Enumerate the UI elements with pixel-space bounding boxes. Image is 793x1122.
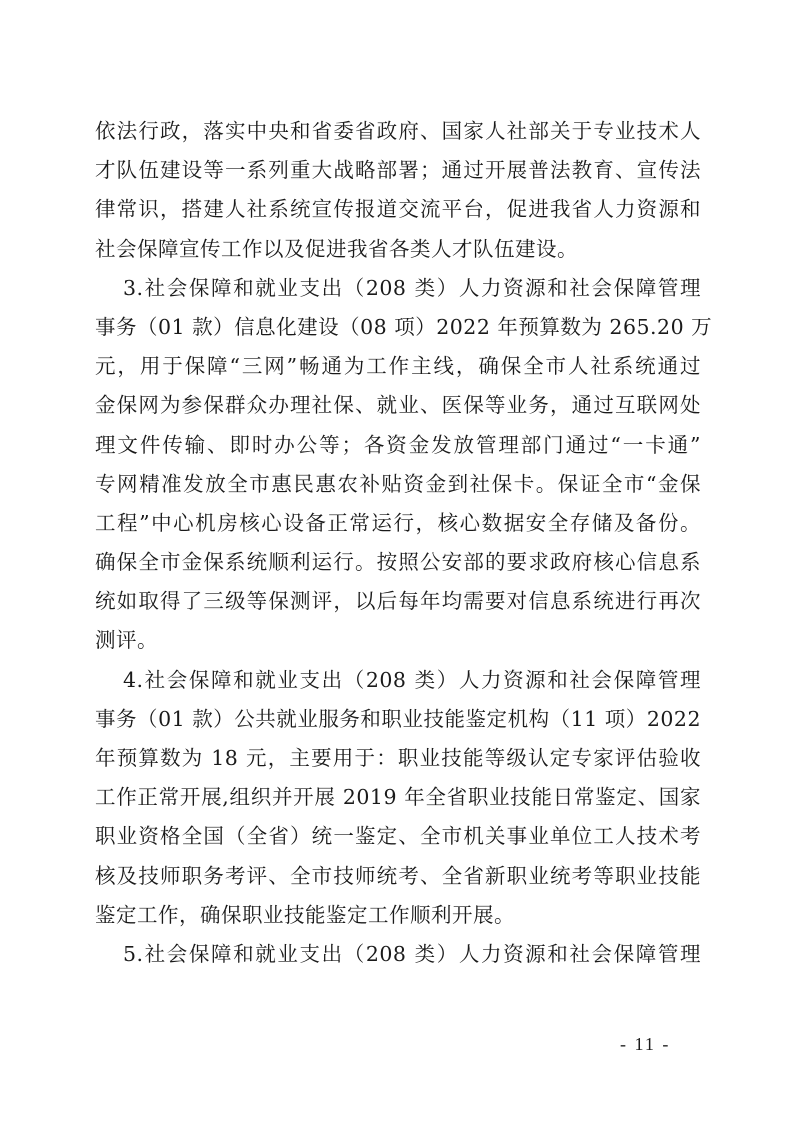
paragraph-item-4: 4.社会保障和就业支出（208 类）人力资源和社会保障管理 事务（01 款）公共… bbox=[95, 661, 701, 935]
text-line: 事务（01 款）公共就业服务和职业技能鉴定机构（11 项）2022 bbox=[95, 700, 701, 739]
text-line: 专网精准发放全市惠民惠农补贴资金到社保卡。保证全市“金保 bbox=[95, 465, 701, 504]
text-line: 工作正常开展,组织并开展 2019 年全省职业技能日常鉴定、国家 bbox=[95, 778, 701, 817]
text-line: 金保网为参保群众办理社保、就业、医保等业务，通过互联网处 bbox=[95, 386, 701, 425]
text-line: 社会保障宣传工作以及促进我省各类人才队伍建设。 bbox=[95, 230, 701, 269]
text-line: 3.社会保障和就业支出（208 类）人力资源和社会保障管理 bbox=[95, 269, 701, 308]
text-line: 事务（01 款）信息化建设（08 项）2022 年预算数为 265.20 万 bbox=[95, 308, 701, 347]
text-line: 依法行政，落实中央和省委省政府、国家人社部关于专业技术人 bbox=[95, 112, 701, 151]
text-line: 5.社会保障和就业支出（208 类）人力资源和社会保障管理 bbox=[95, 935, 701, 974]
paragraph-item-3: 3.社会保障和就业支出（208 类）人力资源和社会保障管理 事务（01 款）信息… bbox=[95, 269, 701, 661]
text-line: 律常识，搭建人社系统宣传报道交流平台，促进我省人力资源和 bbox=[95, 190, 701, 229]
text-line: 核及技师职务考评、全市技师统考、全省新职业统考等职业技能 bbox=[95, 857, 701, 896]
text-line: 确保全市金保系统顺利运行。按照公安部的要求政府核心信息系 bbox=[95, 543, 701, 582]
text-line: 鉴定工作，确保职业技能鉴定工作顺利开展。 bbox=[95, 896, 701, 935]
text-line: 元，用于保障“三网”畅通为工作主线，确保全市人社系统通过 bbox=[95, 347, 701, 386]
page-number: - 11 - bbox=[620, 1034, 670, 1055]
paragraph-continuation: 依法行政，落实中央和省委省政府、国家人社部关于专业技术人 才队伍建设等一系列重大… bbox=[95, 112, 701, 269]
text-line: 测评。 bbox=[95, 621, 701, 660]
paragraph-item-5: 5.社会保障和就业支出（208 类）人力资源和社会保障管理 bbox=[95, 935, 701, 974]
text-line: 职业资格全国（全省）统一鉴定、全市机关事业单位工人技术考 bbox=[95, 817, 701, 856]
text-line: 才队伍建设等一系列重大战略部署；通过开展普法教育、宣传法 bbox=[95, 151, 701, 190]
document-page: 依法行政，落实中央和省委省政府、国家人社部关于专业技术人 才队伍建设等一系列重大… bbox=[95, 112, 701, 974]
text-line: 4.社会保障和就业支出（208 类）人力资源和社会保障管理 bbox=[95, 661, 701, 700]
text-line: 工程”中心机房核心设备正常运行，核心数据安全存储及备份。 bbox=[95, 504, 701, 543]
text-line: 统如取得了三级等保测评，以后每年均需要对信息系统进行再次 bbox=[95, 582, 701, 621]
text-line: 年预算数为 18 元，主要用于：职业技能等级认定专家评估验收 bbox=[95, 739, 701, 778]
text-line: 理文件传输、即时办公等；各资金发放管理部门通过“一卡通” bbox=[95, 426, 701, 465]
